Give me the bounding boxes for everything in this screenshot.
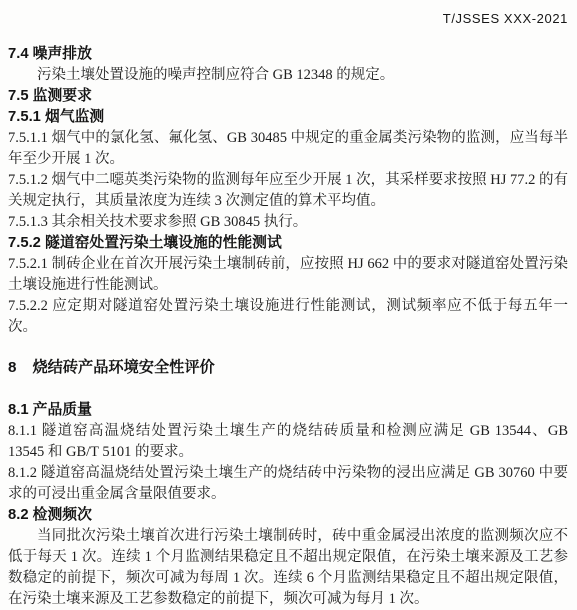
clause-8-1-1: 8.1.1 隧道窑高温烧结处置污染土壤生产的烧结砖质量和检测应满足 GB 135… (8, 421, 568, 463)
chapter-8-title: 烧结砖产品环境安全性评价 (32, 359, 214, 376)
doc-number: T/JSSES XXX-2021 (8, 8, 568, 29)
clause-7-5-1-3: 7.5.1.3 其余相关技术要求参照 GB 30845 执行。 (8, 212, 568, 233)
clause-7-5-1-1: 7.5.1.1 烟气中的氯化氢、氟化氢、GB 30485 中规定的重金属类污染物… (8, 128, 568, 170)
heading-7-4: 7.4 噪声排放 (8, 44, 568, 65)
para-7-4-1: 污染土壤处置设施的噪声控制应符合 GB 12348 的规定。 (8, 65, 568, 86)
heading-7-5-1: 7.5.1 烟气监测 (8, 107, 568, 128)
clause-7-5-2-1: 7.5.2.1 制砖企业在首次开展污染土壤制砖前，应按照 HJ 662 中的要求… (8, 254, 568, 296)
heading-8-1: 8.1 产品质量 (8, 400, 568, 421)
chapter-8-number: 8 (8, 359, 16, 376)
heading-7-5-2: 7.5.2 隧道窑处置污染土壤设施的性能测试 (8, 233, 568, 254)
para-8-2-1: 当同批次污染土壤首次进行污染土壤制砖时，砖中重金属浸出浓度的监测频次应不低于每天… (8, 526, 568, 610)
heading-7-5: 7.5 监测要求 (8, 86, 568, 107)
heading-8-2: 8.2 检测频次 (8, 505, 568, 526)
clause-8-1-2: 8.1.2 隧道窑高温烧结处置污染土壤生产的烧结砖中污染物的浸出应满足 GB 3… (8, 463, 568, 505)
clause-7-5-1-2: 7.5.1.2 烟气中二噁英类污染物的监测每年应至少开展 1 次，其采样要求按照… (8, 170, 568, 212)
document-content: 7.4 噪声排放 污染土壤处置设施的噪声控制应符合 GB 12348 的规定。 … (8, 44, 568, 610)
document-page: T/JSSES XXX-2021 7.4 噪声排放 污染土壤处置设施的噪声控制应… (0, 0, 577, 610)
clause-7-5-2-2: 7.5.2.2 应定期对隧道窑处置污染土壤设施进行性能测试，测试频率应不低于每五… (8, 296, 568, 338)
chapter-8-heading: 8烧结砖产品环境安全性评价 (8, 357, 568, 378)
